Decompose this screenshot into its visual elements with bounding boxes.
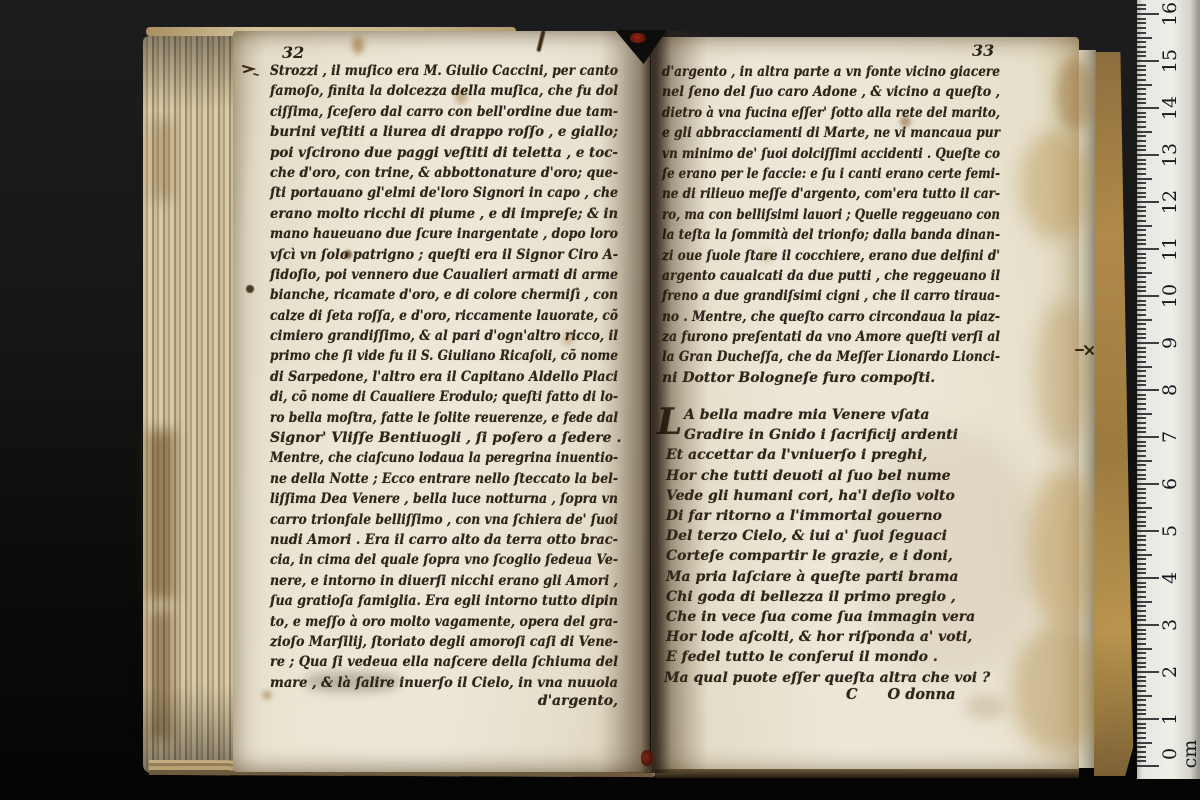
- ruler-tick: [1137, 13, 1159, 15]
- poem-line: Et accettar da l'vniuerſo i preghi,: [666, 445, 966, 465]
- ruler-tick: [1137, 709, 1146, 711]
- text-line: nel ſeno del ſuo caro Adone , & vicino a…: [662, 82, 1000, 102]
- poem-line: Hor che tutti deuoti al ſuo bel nume: [666, 466, 966, 486]
- text-line: ſe erano per le faccie: e ſu i canti era…: [662, 164, 1000, 184]
- ruler-tick: [1137, 126, 1146, 128]
- text-line: burini veſtiti a liurea di drappo roſſo …: [270, 122, 618, 142]
- ruler-tick: [1137, 135, 1146, 137]
- ruler-tick: [1137, 276, 1146, 278]
- poem-line: Di far ritorno a l'immortal gouerno: [666, 506, 966, 526]
- text-line: erano molto ricchi di piume , e di impre…: [270, 204, 618, 224]
- ruler-tick: [1137, 483, 1159, 485]
- headband-red-top: [630, 33, 646, 43]
- ruler-tick: [1137, 723, 1146, 725]
- ruler-tick: [1137, 342, 1159, 344]
- ruler-tick: [1137, 267, 1146, 269]
- ruler-tick: [1137, 281, 1146, 283]
- poem-block: A bella madre mia Venere vſataGradire in…: [666, 405, 966, 667]
- ruler-tick: [1137, 168, 1146, 170]
- ruler-tick: [1137, 582, 1146, 584]
- ruler-tick: [1137, 370, 1146, 372]
- text-line: vn minimo de' ſuoi dolciſſimi accidenti …: [662, 144, 1000, 164]
- text-line: e gli abbracciamenti di Marte, ne vi man…: [662, 123, 1000, 143]
- ruler-tick: [1137, 690, 1146, 692]
- ruler-tick: [1137, 596, 1146, 598]
- ruler-number: 15: [1160, 38, 1180, 84]
- text-line: d'argento , in altra parte a vn fonte vi…: [662, 62, 1000, 82]
- ruler-tick: [1137, 408, 1146, 410]
- ruler-tick: [1137, 591, 1146, 593]
- text-line: ne della Notte ; Ecco entrare nello ſtec…: [270, 469, 618, 489]
- ruler-tick: [1137, 605, 1146, 607]
- ruler-tick: [1137, 511, 1146, 513]
- poem-line: Del terzo Cielo, & iui a' ſuoi ſeguaci: [666, 526, 966, 546]
- text-line: mare , & là ſalire inuerſo il Cielo, in …: [270, 673, 618, 693]
- marginal-ink-mark-right: [1074, 342, 1096, 358]
- text-line: ro, ma con belliſsimi lauori ; Quelle re…: [662, 205, 1000, 225]
- ruler-tick: [1137, 685, 1146, 687]
- ruler-tick: [1137, 464, 1146, 466]
- text-line: carro trionfale belliſſimo , con vna ſch…: [270, 510, 618, 530]
- ruler-tick: [1137, 319, 1152, 321]
- ruler-tick: [1137, 253, 1146, 255]
- text-line: ciſſima, ſceſero dal carro con bell'ordi…: [270, 102, 618, 122]
- ruler-tick: [1137, 41, 1146, 43]
- page-number-left: 32: [282, 43, 304, 62]
- text-line: ro bella moſtra, fatte le ſolite reueren…: [270, 408, 618, 428]
- ruler-tick: [1137, 422, 1146, 424]
- text-line: nudi Amori . Era il carro alto da terra …: [270, 530, 618, 550]
- ruler-tick: [1137, 206, 1146, 208]
- ruler-tick: [1137, 455, 1146, 457]
- ruler-number: 12: [1160, 179, 1180, 225]
- ruler-tick: [1137, 163, 1146, 165]
- ruler-tick: [1137, 154, 1159, 156]
- text-line: di Sarpedone, l'altro era il Capitano Al…: [270, 367, 618, 387]
- ruler-tick: [1137, 178, 1152, 180]
- page-number-right: 33: [972, 41, 994, 60]
- ruler-tick: [1137, 314, 1146, 316]
- ruler-tick: [1137, 229, 1146, 231]
- ruler-tick: [1137, 361, 1146, 363]
- ruler-tick: [1137, 384, 1146, 386]
- ruler-tick: [1137, 704, 1146, 706]
- ruler-tick: [1137, 333, 1146, 335]
- ruler-tick: [1137, 474, 1146, 476]
- text-line: za furono preſentati da vno Amore queſti…: [662, 327, 1000, 347]
- ruler-tick: [1137, 375, 1146, 377]
- text-line: poi vſcirono due paggi veſtiti di telett…: [270, 143, 618, 163]
- ruler-number: 7: [1160, 414, 1180, 460]
- ruler-tick: [1137, 610, 1146, 612]
- right-text-block: d'argento , in altra parte a vn fonte vi…: [662, 62, 1000, 388]
- ruler-tick: [1137, 577, 1159, 579]
- left-text-block: Strozzi , il muſico era M. Giulio Caccin…: [270, 61, 618, 693]
- ruler-tick: [1137, 662, 1146, 664]
- text-line: cimiero grandiſſimo, & al pari d'ogn'alt…: [270, 326, 618, 346]
- ruler-tick: [1137, 558, 1146, 560]
- ruler-tick: [1137, 88, 1146, 90]
- ruler-tick: [1137, 676, 1146, 678]
- signature-catchword-row: C O donna: [846, 686, 956, 703]
- ruler-tick: [1137, 507, 1152, 509]
- ruler-tick: [1137, 234, 1146, 236]
- ruler-number: 6: [1160, 461, 1180, 507]
- text-line: zi oue ſuole ſtare il cocchiere, erano d…: [662, 246, 1000, 266]
- ruler-number: 13: [1160, 132, 1180, 178]
- ruler-number: 8: [1160, 367, 1180, 413]
- ruler-tick: [1137, 159, 1146, 161]
- ruler-tick: [1137, 262, 1146, 264]
- ruler-tick: [1137, 544, 1146, 546]
- ruler-number: 16: [1160, 0, 1180, 37]
- text-line: primo che ſi vide fu il S. Giuliano Rica…: [270, 346, 618, 366]
- ruler-tick: [1137, 398, 1146, 400]
- text-line: ſidoſio, poi vennero due Caualieri armat…: [270, 265, 618, 285]
- marginal-ink-mark-left: [240, 62, 260, 78]
- ruler-tick: [1137, 328, 1146, 330]
- poem-line: Hor lode aſcolti, & hor riſponda a' voti…: [666, 627, 966, 647]
- ruler-tick: [1137, 469, 1146, 471]
- poem-line: Corteſe compartir le grazie, e i doni,: [666, 546, 966, 566]
- ruler-tick: [1137, 737, 1146, 739]
- text-line: cia, in cima del quale ſopra vno ſcoglio…: [270, 550, 618, 570]
- ruler-tick: [1137, 539, 1146, 541]
- text-line: ne di rilieuo meſſe d'argento, com'era t…: [662, 184, 1000, 204]
- ruler-tick: [1137, 695, 1152, 697]
- ruler-tick: [1137, 145, 1146, 147]
- ruler-tick: [1137, 427, 1146, 429]
- ruler-tick: [1137, 568, 1146, 570]
- ruler: 0 cm12345678910111213141516: [1137, 0, 1200, 779]
- ruler-tick: [1137, 196, 1146, 198]
- ruler-tick: [1137, 121, 1146, 123]
- ruler-tick: [1137, 648, 1152, 650]
- ruler-tick: [1137, 535, 1146, 537]
- text-line: ni Dottor Bologneſe furo compoſti.: [662, 368, 1000, 388]
- ruler-tick: [1137, 652, 1146, 654]
- text-line: vſcì vn ſolo patrigno ; queſti era il Si…: [270, 245, 618, 265]
- ruler-tick: [1137, 671, 1159, 673]
- text-line: bianche, ricamate d'oro, e di colore che…: [270, 285, 618, 305]
- ruler-tick: [1137, 215, 1146, 217]
- ruler-tick: [1137, 116, 1146, 118]
- ruler-tick: [1137, 192, 1146, 194]
- ruler-tick: [1137, 554, 1152, 556]
- text-line: no . Mentre, che queſto carro circondaua…: [662, 307, 1000, 327]
- ruler-tick: [1137, 201, 1159, 203]
- text-line: famoſo, finita la dolcezza della muſica,…: [270, 81, 618, 101]
- ruler-tick: [1137, 309, 1146, 311]
- ruler-tick: [1137, 65, 1146, 67]
- text-line: mano haueuano due ſcure inargentate , do…: [270, 224, 618, 244]
- ruler-tick: [1137, 436, 1159, 438]
- ruler-tick: [1137, 431, 1146, 433]
- ruler-tick: [1137, 666, 1146, 668]
- ruler-number: 1: [1160, 696, 1180, 742]
- ruler-tick: [1137, 760, 1146, 762]
- catchword-right: O donna: [888, 686, 956, 703]
- poem-line: Ma pria laſciare à queſte parti brama: [666, 567, 966, 587]
- text-line: zioſo Marſilij, ſtoriato degli amoroſi c…: [270, 632, 618, 652]
- ruler-number: 11: [1160, 226, 1180, 272]
- ruler-tick: [1137, 337, 1146, 339]
- ruler-tick: [1137, 8, 1146, 10]
- ruler-tick: [1137, 756, 1146, 758]
- poem-line: Che in vece ſua come ſua immagin vera: [666, 607, 966, 627]
- ruler-tick: [1137, 351, 1146, 353]
- ruler-tick: [1137, 718, 1159, 720]
- ruler-tick: [1137, 220, 1146, 222]
- poem-line: E fedel tutto le conſerui il mondo .: [666, 647, 966, 667]
- text-line: ſua gratioſa famiglia. Era egli intorno …: [270, 591, 618, 611]
- page-edge-stack-right: [1079, 50, 1096, 768]
- ruler-tick: [1137, 187, 1146, 189]
- ruler-tick: [1137, 615, 1146, 617]
- ruler-tick: [1137, 680, 1146, 682]
- text-line: ſti portauano gl'elmi de'loro Signori in…: [270, 183, 618, 203]
- catchword-left: d'argento,: [270, 693, 618, 709]
- ruler-tick: [1137, 394, 1146, 396]
- ruler-number: 14: [1160, 85, 1180, 131]
- ruler-tick: [1137, 74, 1146, 76]
- ruler-tick: [1137, 37, 1152, 39]
- ruler-tick: [1137, 727, 1146, 729]
- ruler-tick: [1137, 60, 1159, 62]
- ruler-tick: [1137, 93, 1146, 95]
- text-line: to, e meſſo à oro molto vagamente, opera…: [270, 612, 618, 632]
- poem-line: Chi goda di bellezza il primo pregio ,: [666, 587, 966, 607]
- ruler-number: 4: [1160, 555, 1180, 601]
- ruler-tick: [1137, 32, 1146, 34]
- ruler-tick: [1137, 549, 1146, 551]
- ruler-tick: [1137, 182, 1146, 184]
- ruler-tick: [1137, 210, 1146, 212]
- ruler-tick: [1137, 502, 1146, 504]
- ruler-tick: [1137, 629, 1146, 631]
- ruler-number: 3: [1160, 602, 1180, 648]
- ruler-tick: [1137, 173, 1146, 175]
- ruler-tick: [1137, 765, 1159, 767]
- page-bottom-edge-right: [655, 769, 1079, 778]
- ruler-tick: [1137, 131, 1152, 133]
- text-line: Signor' Vliſſe Bentiuogli , ſi poſero a …: [270, 428, 618, 448]
- ruler-tick: [1137, 300, 1146, 302]
- ruler-tick: [1137, 633, 1146, 635]
- ruler-tick: [1137, 492, 1146, 494]
- ruler-number: 2: [1160, 649, 1180, 695]
- ruler-tick: [1137, 699, 1146, 701]
- ruler-tick: [1137, 4, 1146, 6]
- ruler-tick: [1137, 225, 1152, 227]
- ruler-tick: [1137, 619, 1146, 621]
- ruler-tick: [1137, 445, 1146, 447]
- ruler-tick: [1137, 347, 1146, 349]
- ruler-tick: [1137, 751, 1146, 753]
- ruler-number: 9: [1160, 320, 1180, 366]
- ruler-tick: [1137, 366, 1152, 368]
- text-line: nere, e intorno in diuerſi nicchi erano …: [270, 571, 618, 591]
- ruler-tick: [1137, 295, 1159, 297]
- poem-line: Vede gli humani cori, ha'l deſio volto: [666, 486, 966, 506]
- photograph-of-open-book: { "left_page": { "page_number": "32", "l…: [0, 0, 1200, 800]
- ruler-tick: [1137, 248, 1159, 250]
- ruler-tick: [1137, 460, 1152, 462]
- ruler-tick: [1137, 84, 1152, 86]
- text-line: Mentre, che ciaſcuno lodaua la peregrina…: [270, 448, 618, 468]
- ruler-tick: [1137, 488, 1146, 490]
- ruler-tick: [1137, 55, 1146, 57]
- ruler-tick: [1137, 290, 1146, 292]
- vellum-cover-edge: [1094, 52, 1134, 776]
- text-line: calze di ſeta roſſa, e d'oro, riccamente…: [270, 306, 618, 326]
- edge-smudge: [150, 610, 172, 740]
- edge-smudge: [152, 120, 172, 200]
- ruler-tick: [1137, 272, 1152, 274]
- ruler-tick: [1137, 497, 1146, 499]
- ruler-number: 10: [1160, 273, 1180, 319]
- ruler-tick: [1137, 69, 1146, 71]
- ruler-tick: [1137, 149, 1146, 151]
- ruler-tick: [1137, 51, 1146, 53]
- text-line: argento caualcati da due putti , che reg…: [662, 266, 1000, 286]
- ruler-tick: [1137, 107, 1159, 109]
- ruler-tick: [1137, 46, 1146, 48]
- ruler-tick: [1137, 403, 1146, 405]
- ruler-tick: [1137, 516, 1146, 518]
- ruler-tick: [1137, 525, 1146, 527]
- ruler-tick: [1137, 112, 1146, 114]
- text-line: di, cõ nome di Caualiere Erodulo; queſti…: [270, 387, 618, 407]
- ruler-tick: [1137, 586, 1146, 588]
- ruler-tick: [1137, 713, 1146, 715]
- ruler-tick: [1137, 304, 1146, 306]
- ruler-tick: [1137, 98, 1146, 100]
- ruler-tick: [1137, 380, 1146, 382]
- ruler-tick: [1137, 530, 1159, 532]
- ruler-tick: [1137, 257, 1146, 259]
- ruler-tick: [1137, 643, 1146, 645]
- text-line: la Gran Ducheſſa, che da Meſſer Lionardo…: [662, 347, 1000, 367]
- ruler-tick: [1137, 521, 1146, 523]
- ruler-number: 5: [1160, 508, 1180, 554]
- ruler-tick: [1137, 624, 1159, 626]
- ruler-tick: [1137, 657, 1146, 659]
- ruler-tick: [1137, 417, 1146, 419]
- ruler-tick: [1137, 27, 1146, 29]
- text-line: re ; Qua ſi vedeua ella naſcere della ſc…: [270, 652, 618, 672]
- text-line: Strozzi , il muſico era M. Giulio Caccin…: [270, 61, 618, 81]
- text-line: che d'oro, con trine, & abbottonature d'…: [270, 163, 618, 183]
- headband-red-bottom: [641, 750, 653, 766]
- ruler-tick: [1137, 239, 1146, 241]
- ruler-tick: [1137, 601, 1152, 603]
- ruler-tick: [1137, 746, 1146, 748]
- ruler-tick: [1137, 441, 1146, 443]
- edge-smudge: [147, 430, 175, 600]
- ruler-tick: [1137, 22, 1146, 24]
- ruler-tick: [1137, 102, 1146, 104]
- ruler-tick: [1137, 140, 1146, 142]
- ruler-tick: [1137, 18, 1146, 20]
- text-line: la teſta la ſommità del trionfo; dalla b…: [662, 225, 1000, 245]
- ruler-tick: [1137, 413, 1152, 415]
- ruler-tick: [1137, 243, 1146, 245]
- text-line: freno a due grandiſsimi cigni , che il c…: [662, 286, 1000, 306]
- ruler-tick: [1137, 732, 1146, 734]
- ruler-tick: [1137, 79, 1146, 81]
- ruler-tick: [1137, 638, 1146, 640]
- ruler-tick: [1137, 450, 1146, 452]
- ruler-tick: [1137, 356, 1146, 358]
- ruler-tick: [1137, 389, 1159, 391]
- ruler-tick: [1137, 742, 1152, 744]
- ruler-tick: [1137, 478, 1146, 480]
- text-line: dietro à vna fucina eſſer' ſotto alla re…: [662, 103, 1000, 123]
- poem-line: Gradire in Gnido i ſacrificij ardenti: [684, 425, 966, 445]
- ruler-tick: [1137, 563, 1146, 565]
- text-line: liſſima Dea Venere , bella luce notturna…: [270, 489, 618, 509]
- ruler-tick: [1137, 286, 1146, 288]
- ruler-tick: [1137, 323, 1146, 325]
- poem-line: A bella madre mia Venere vſata: [684, 405, 966, 425]
- signature-mark: C: [846, 686, 858, 703]
- ruler-tick: [1137, 572, 1146, 574]
